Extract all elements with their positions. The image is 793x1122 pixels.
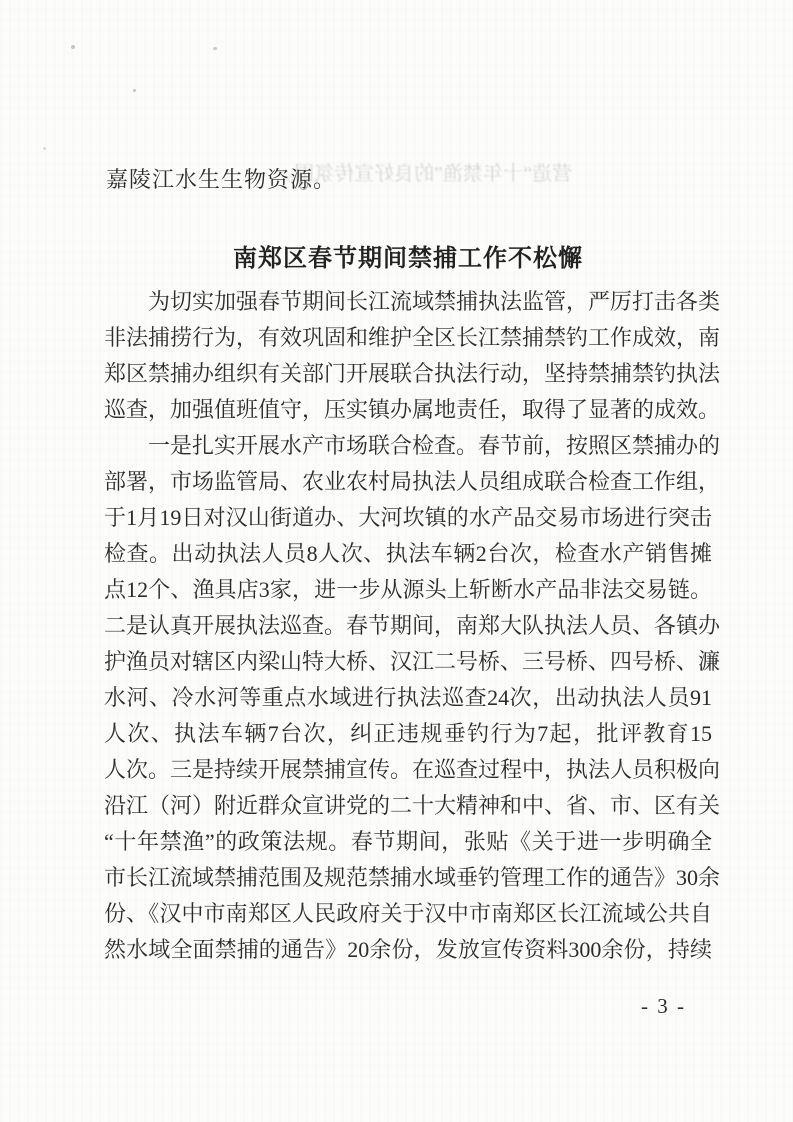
body-line: 份、《汉中市南郑区人民政府关于汉中市南郑区长江流域公共自 [104, 899, 712, 935]
body-line: 于1月19日对汉山街道办、大河坎镇的水产品交易市场进行突击 [104, 503, 712, 539]
scan-speck [43, 147, 46, 150]
body-line: 部署，市场监管局、农业农村局执法人员组成联合检查工作组， [104, 467, 712, 503]
document-page: 营造“十年禁渔”的良好宣传氛围。 嘉陵江水生生物资源。 南郑区春节期间禁捕工作不… [0, 0, 793, 1122]
scan-speck [133, 89, 136, 92]
body-line: 护渔员对辖区内梁山特大桥、汉江二号桥、三号桥、四号桥、濂 [104, 647, 712, 683]
body-line: 市长江流域禁捕范围及规范禁捕水域垂钓管理工作的通告》30余 [104, 863, 712, 899]
body-line: “十年禁渔”的政策法规。春节期间，张贴《关于进一步明确全 [104, 827, 712, 863]
scan-speck [213, 47, 217, 50]
body-line: 水河、冷水河等重点水域进行执法巡查24次，出动执法人员91 [104, 683, 712, 719]
paragraph-continuation-line: 嘉陵江水生生物资源。 [106, 163, 336, 194]
body-line: 为切实加强春节期间长江流域禁捕执法监管，严厉打击各类 [104, 287, 712, 323]
body-line: 非法捕捞行为，有效巩固和维护全区长江禁捕禁钓工作成效，南 [104, 323, 712, 359]
body-line: 沿江（河）附近群众宣讲党的二十大精神和中、省、市、区有关 [104, 791, 712, 827]
body-line: 巡查，加强值班值守，压实镇办属地责任，取得了显著的成效。 [104, 395, 712, 431]
body-line: 人次、执法车辆7台次，纠正违规垂钓行为7起，批评教育15 [104, 719, 712, 755]
body-line: 二是认真开展执法巡查。春节期间，南郑大队执法人员、各镇办 [104, 611, 712, 647]
body-line: 一是扎实开展水产市场联合检查。春节前，按照区禁捕办的 [104, 431, 712, 467]
article-title: 南郑区春节期间禁捕工作不松懈 [104, 238, 712, 273]
page-number: - 3 - [641, 994, 686, 1019]
body-line: 检查。出动执法人员8人次、执法车辆2台次，检查水产销售摊 [104, 539, 712, 575]
body-line: 郑区禁捕办组织有关部门开展联合执法行动，坚持禁捕禁钓执法 [104, 359, 712, 395]
body-line: 点12个、渔具店3家，进一步从源头上斩断水产品非法交易链。 [104, 575, 712, 611]
body-line: 人次。三是持续开展禁捕宣传。在巡查过程中，执法人员积极向 [104, 755, 712, 791]
bleed-through-text: 营造“十年禁渔”的良好宣传氛围。 [322, 157, 572, 186]
article-body: 为切实加强春节期间长江流域禁捕执法监管，严厉打击各类非法捕捞行为，有效巩固和维护… [104, 287, 712, 971]
scan-speck [71, 45, 75, 49]
body-line: 然水域全面禁捕的通告》20余份，发放宣传资料300余份，持续 [104, 935, 712, 971]
